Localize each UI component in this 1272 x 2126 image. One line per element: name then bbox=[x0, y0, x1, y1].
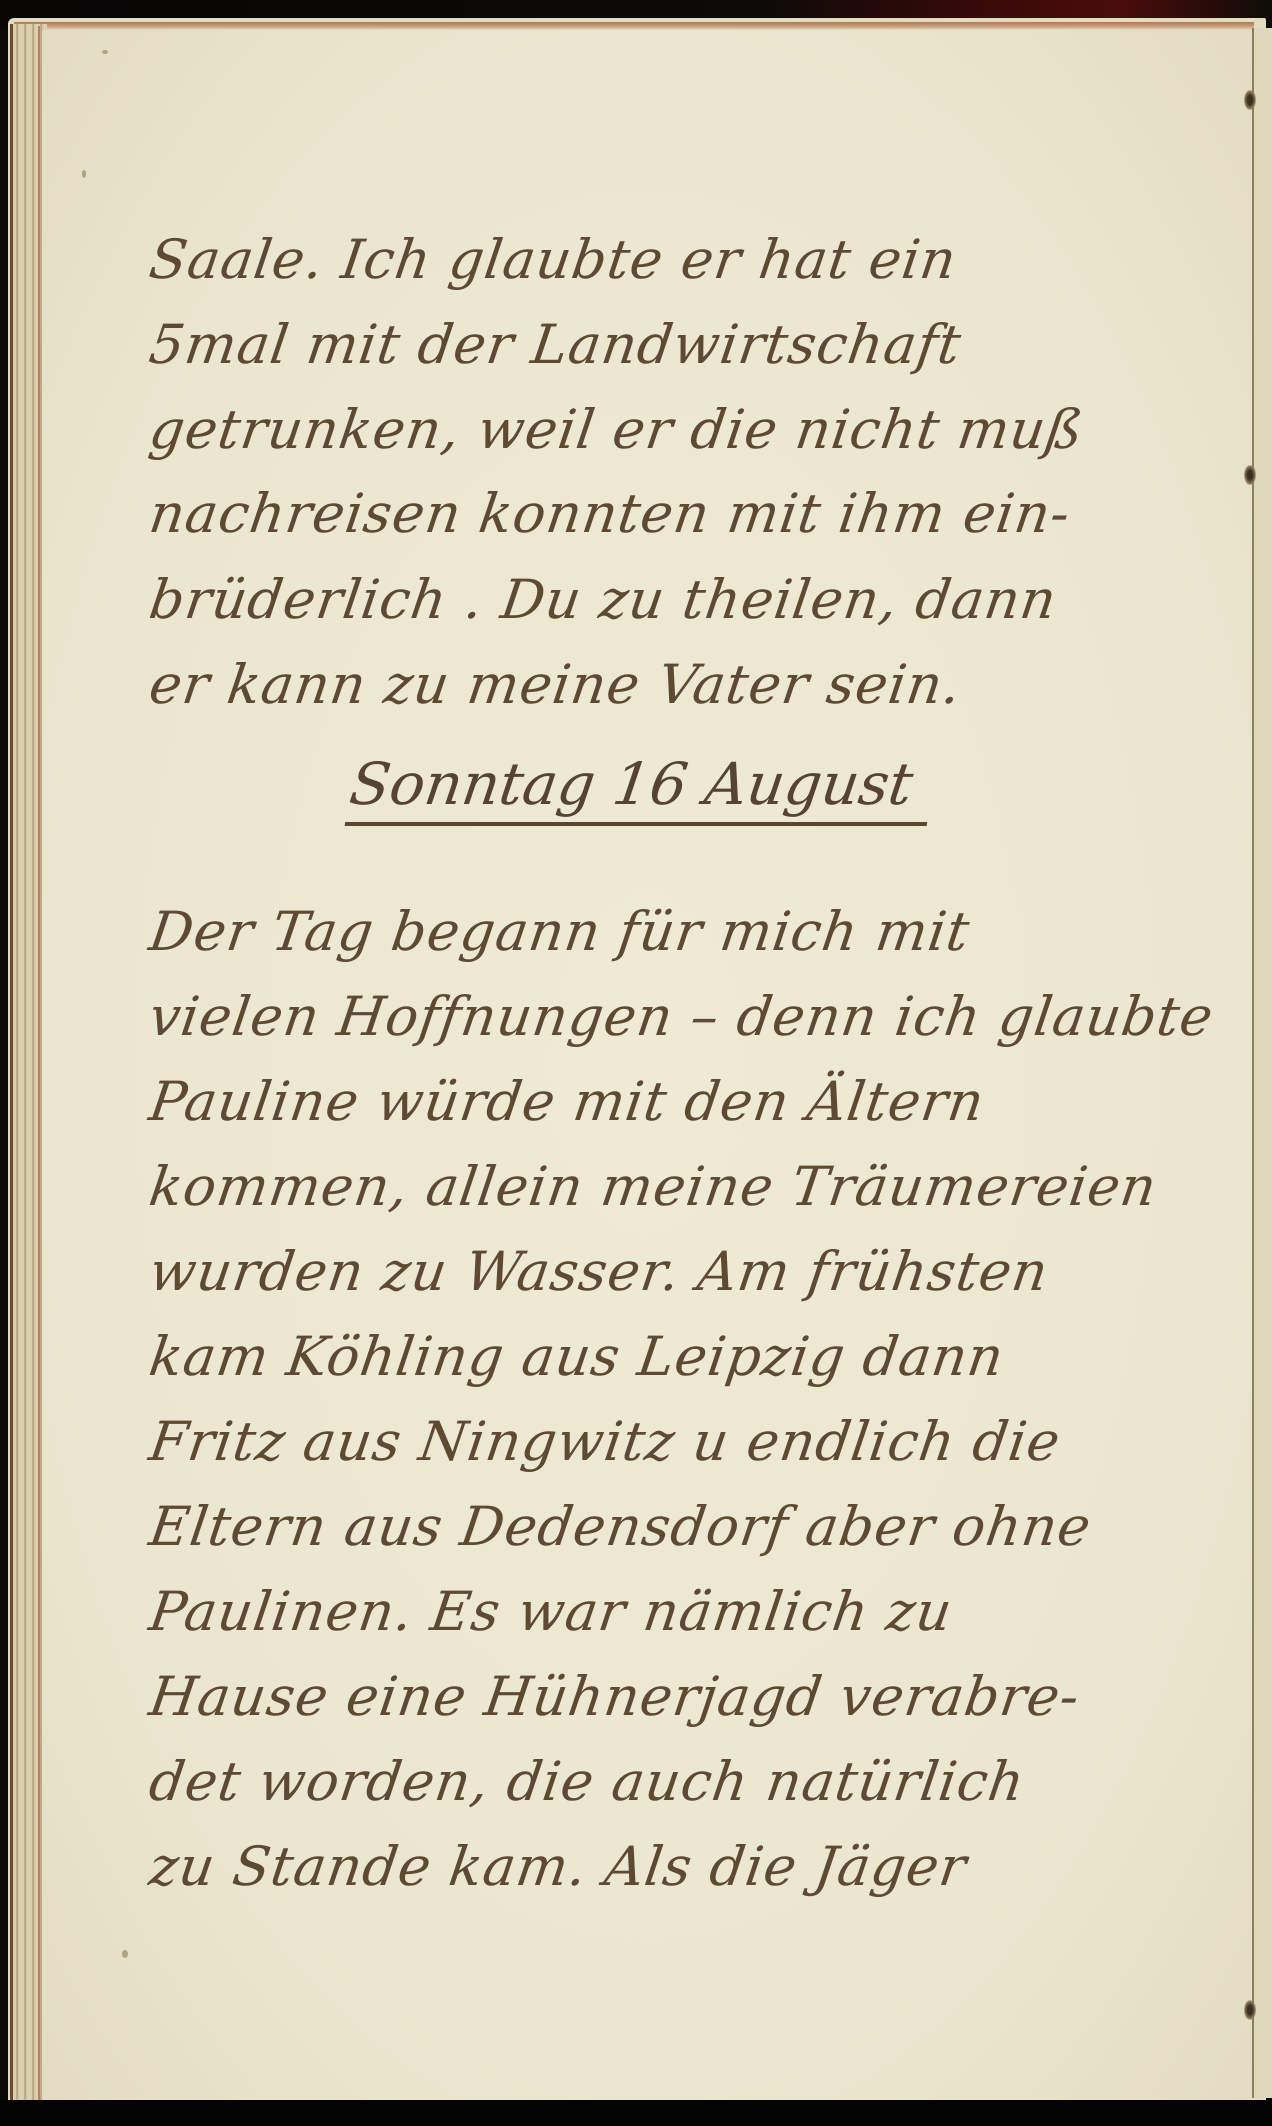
adjacent-page-sliver bbox=[1254, 28, 1272, 2098]
text-line: Fritz aus Ningwitz u endlich die bbox=[146, 1410, 1065, 1473]
text-line: Hause eine Hühnerjagd verabre- bbox=[146, 1665, 1084, 1728]
binding-thread-hole bbox=[1244, 2000, 1256, 2020]
text-line: er kann zu meine Vater sein. bbox=[146, 653, 966, 716]
text-line: Der Tag begann für mich mit bbox=[146, 900, 974, 963]
paper-speck bbox=[82, 170, 86, 178]
text-line: Pauline würde mit den Ältern bbox=[146, 1070, 989, 1133]
page-top-edge bbox=[14, 22, 1254, 30]
text-line: wurden zu Wasser. Am frühsten bbox=[146, 1240, 1053, 1303]
text-line: 5mal mit der Landwirtschaft bbox=[146, 313, 966, 376]
text-line: Saale. Ich glaubte er hat ein bbox=[146, 228, 961, 291]
binding-thread-hole bbox=[1244, 465, 1256, 485]
text-line: kam Köhling aus Leipzig dann bbox=[146, 1325, 1009, 1388]
book-cover-bottom bbox=[0, 2100, 1272, 2126]
text-line: nachreisen konnten mit ihm ein- bbox=[146, 482, 1075, 545]
paper-speck bbox=[102, 50, 108, 54]
binding-thread-hole bbox=[1244, 90, 1256, 110]
text-line: det worden, die auch natürlich bbox=[146, 1750, 1029, 1813]
entry-date-heading: Sonntag 16 August bbox=[345, 750, 938, 826]
text-line: kommen, allein meine Träumereien bbox=[146, 1155, 1162, 1218]
red-page-edge bbox=[38, 26, 40, 2102]
text-line: getrunken, weil er die nicht muß bbox=[146, 398, 1088, 461]
text-line: vielen Hoffnungen – denn ich glaubte bbox=[146, 985, 1218, 1048]
text-line: Eltern aus Dedensdorf aber ohne bbox=[146, 1495, 1096, 1558]
text-line: brüderlich . Du zu theilen, dann bbox=[146, 568, 1061, 631]
text-line: Paulinen. Es war nämlich zu bbox=[146, 1580, 957, 1643]
text-line: zu Stande kam. Als die Jäger bbox=[146, 1835, 971, 1898]
paper-speck bbox=[122, 1950, 128, 1958]
